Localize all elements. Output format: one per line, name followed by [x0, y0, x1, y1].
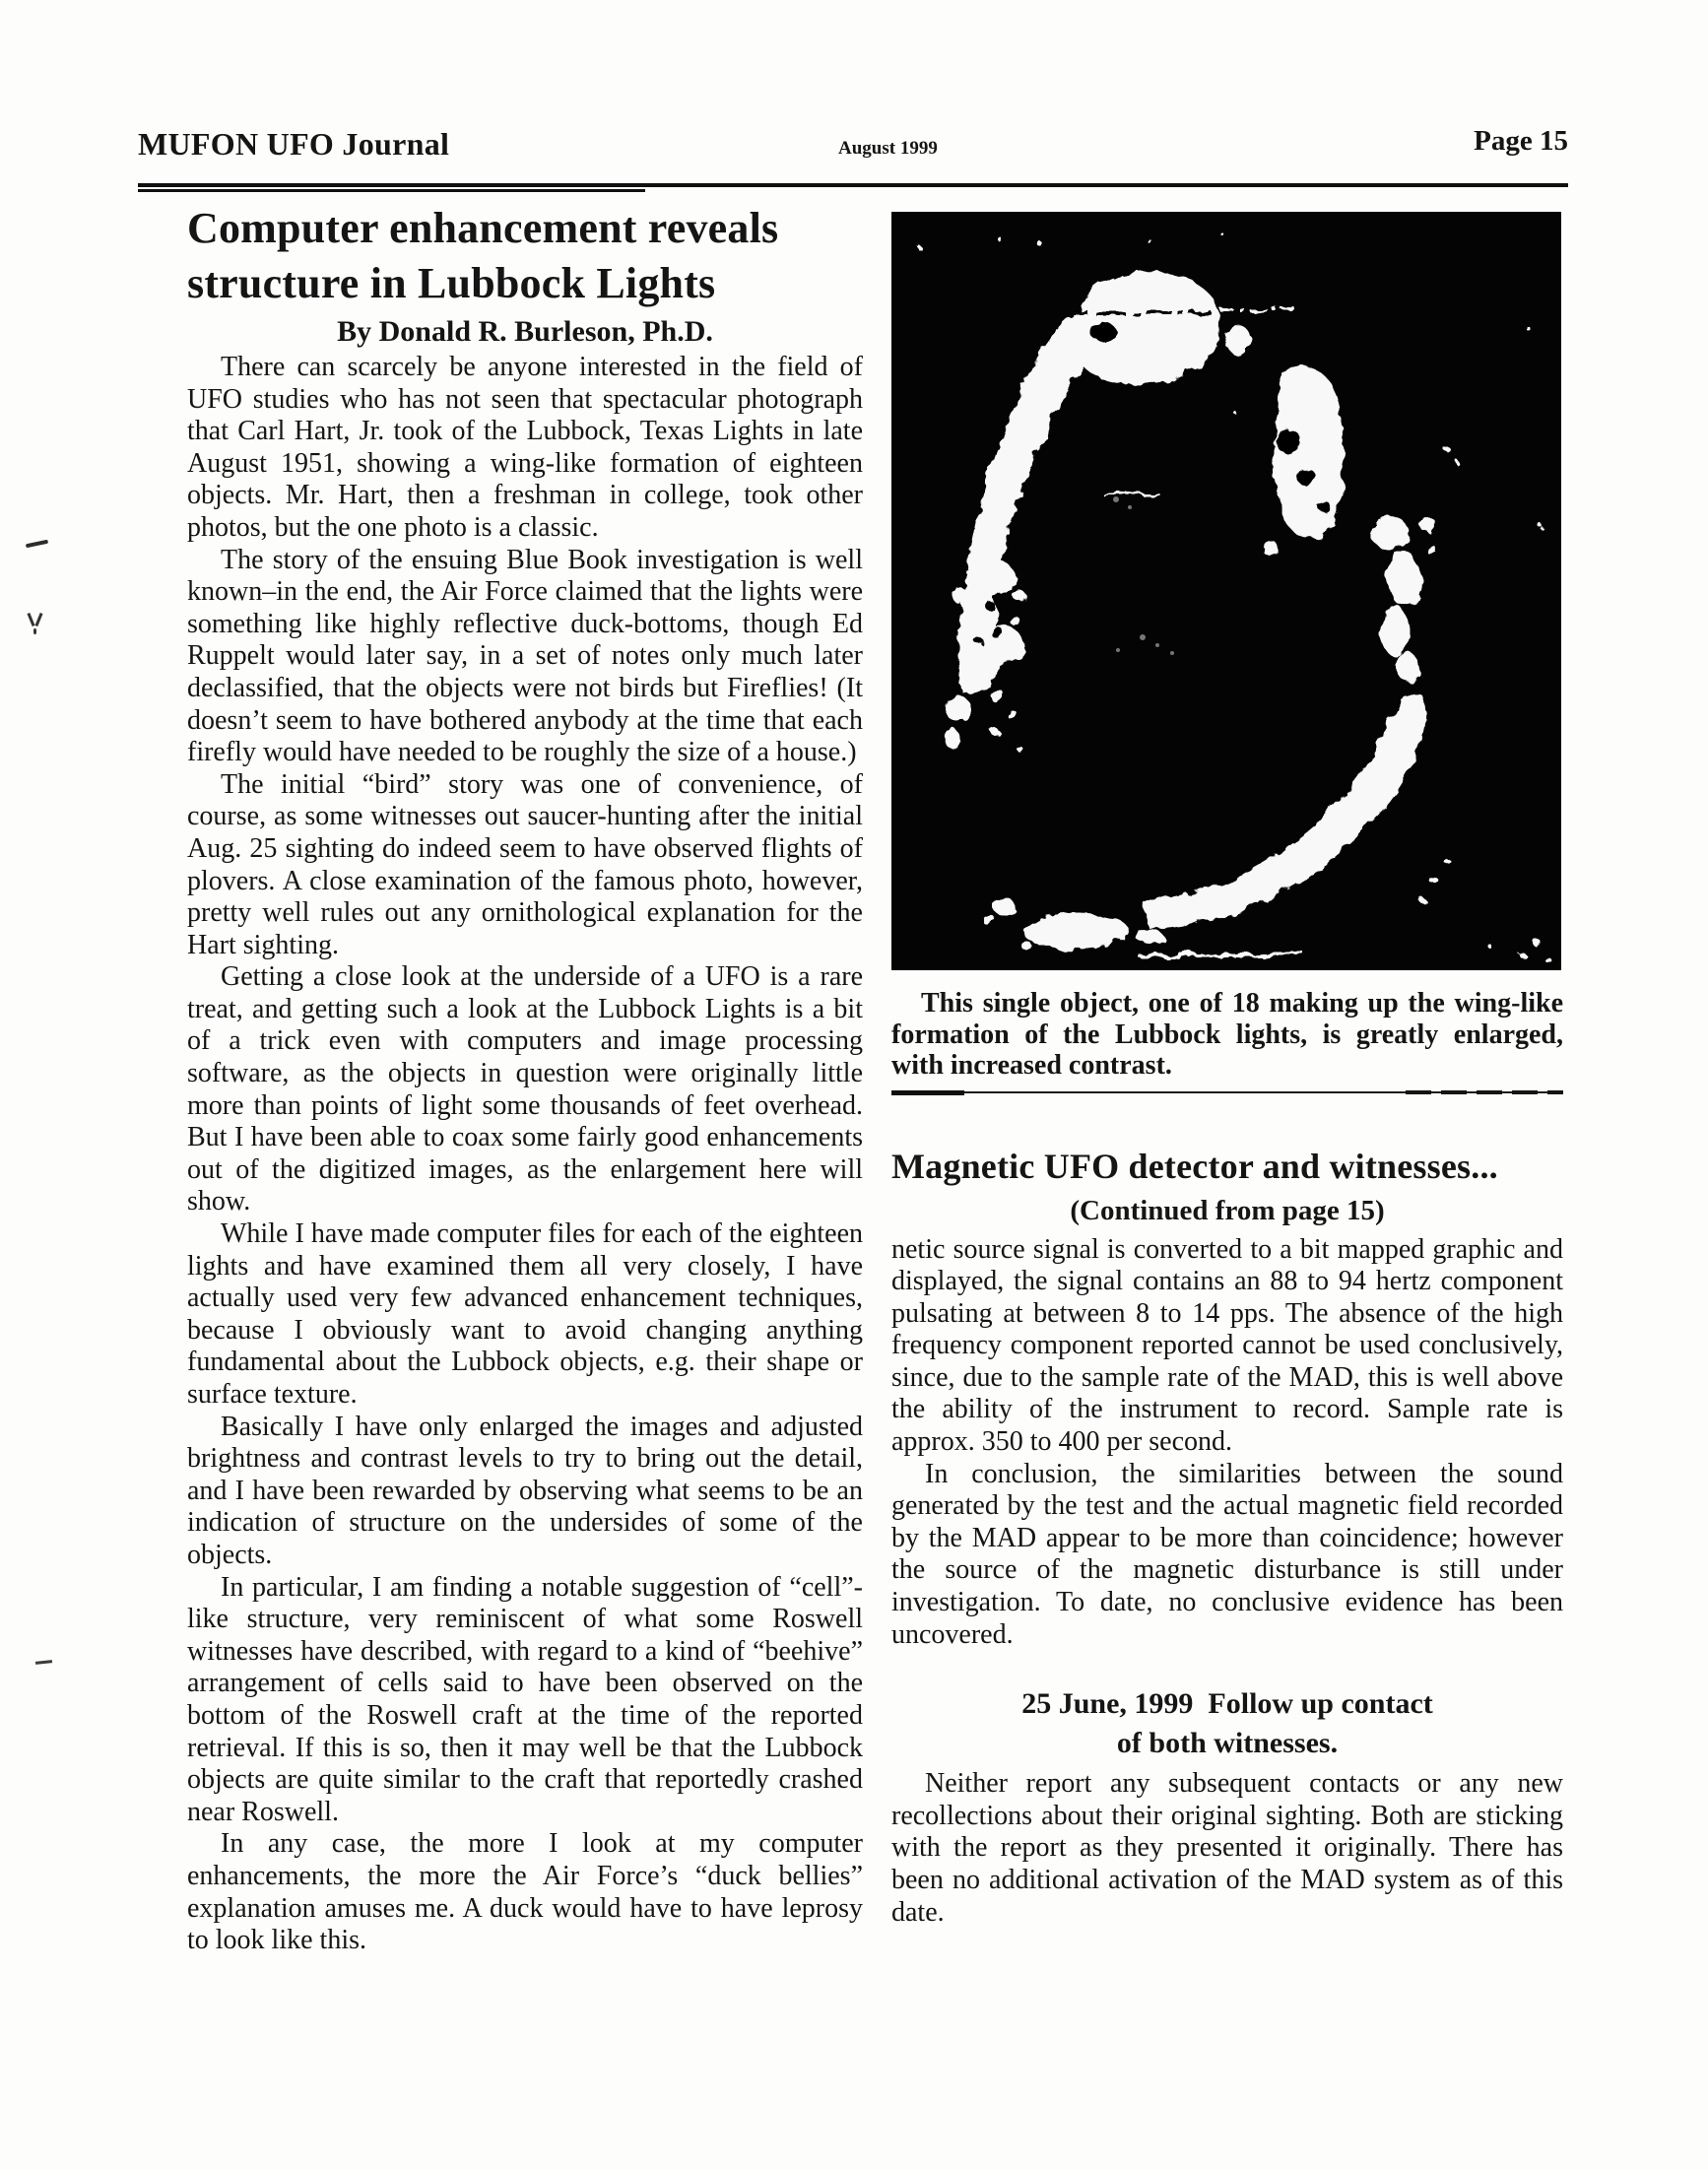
paragraph: Neither report any subsequent contacts o… — [891, 1768, 1563, 1929]
paragraph: Getting a close look at the underside of… — [187, 961, 863, 1218]
scan-artifact-dash — [35, 1660, 52, 1665]
left-column: Computer enhancement reveals structure i… — [187, 201, 863, 1957]
right-column: This single object, one of 18 making up … — [891, 212, 1563, 1929]
article-title: Computer enhancement reveals structure i… — [187, 201, 863, 311]
paragraph: There can scarcely be anyone interested … — [187, 352, 863, 545]
article-byline: By Donald R. Burleson, Ph.D. — [187, 315, 863, 349]
scan-artifact-mark — [27, 611, 44, 634]
scan-artifact-dot — [33, 628, 36, 634]
paragraph: In any case, the more I look at my compu… — [187, 1828, 863, 1956]
paragraph: Basically I have only enlarged the image… — [187, 1412, 863, 1572]
continued-article-title: Magnetic UFO detector and witnesses... — [891, 1146, 1563, 1187]
lubbock-light-photo — [891, 212, 1561, 970]
continued-article-body: netic source signal is converted to a bi… — [891, 1234, 1563, 1652]
followup-body: Neither report any subsequent contacts o… — [891, 1768, 1563, 1929]
journal-title: MUFON UFO Journal — [138, 126, 449, 163]
article-body: There can scarcely be anyone interested … — [187, 352, 863, 1957]
divider-dashed-segment — [1406, 1090, 1563, 1094]
followup-heading: 25 June, 1999 Follow up contact of both … — [891, 1684, 1563, 1763]
paragraph: netic source signal is converted to a bi… — [891, 1234, 1563, 1459]
followup-heading-line: of both witnesses. — [891, 1724, 1563, 1763]
paragraph: In conclusion, the similarities between … — [891, 1459, 1563, 1652]
caption-divider — [891, 1090, 1563, 1096]
journal-page: MUFON UFO Journal August 1999 Page 15 Co… — [0, 0, 1708, 2170]
followup-heading-line: 25 June, 1999 Follow up contact — [891, 1684, 1563, 1724]
scan-artifact-stroke — [34, 613, 42, 626]
scan-artifact-stroke — [27, 613, 34, 626]
divider-thick-segment — [891, 1090, 964, 1095]
photo-caption: This single object, one of 18 making up … — [891, 988, 1563, 1082]
scan-artifact-dash — [26, 540, 48, 549]
page-number: Page 15 — [1474, 125, 1568, 158]
header-rule — [138, 183, 1568, 187]
paragraph: While I have made computer files for eac… — [187, 1218, 863, 1412]
paragraph: The initial “bird” story was one of conv… — [187, 769, 863, 962]
paragraph: The story of the ensuing Blue Book inves… — [187, 545, 863, 769]
continuation-note: (Continued from page 15) — [891, 1195, 1563, 1227]
paragraph: In particular, I am finding a notable su… — [187, 1572, 863, 1829]
issue-date: August 1999 — [838, 138, 938, 160]
header-rule-secondary — [138, 189, 645, 192]
